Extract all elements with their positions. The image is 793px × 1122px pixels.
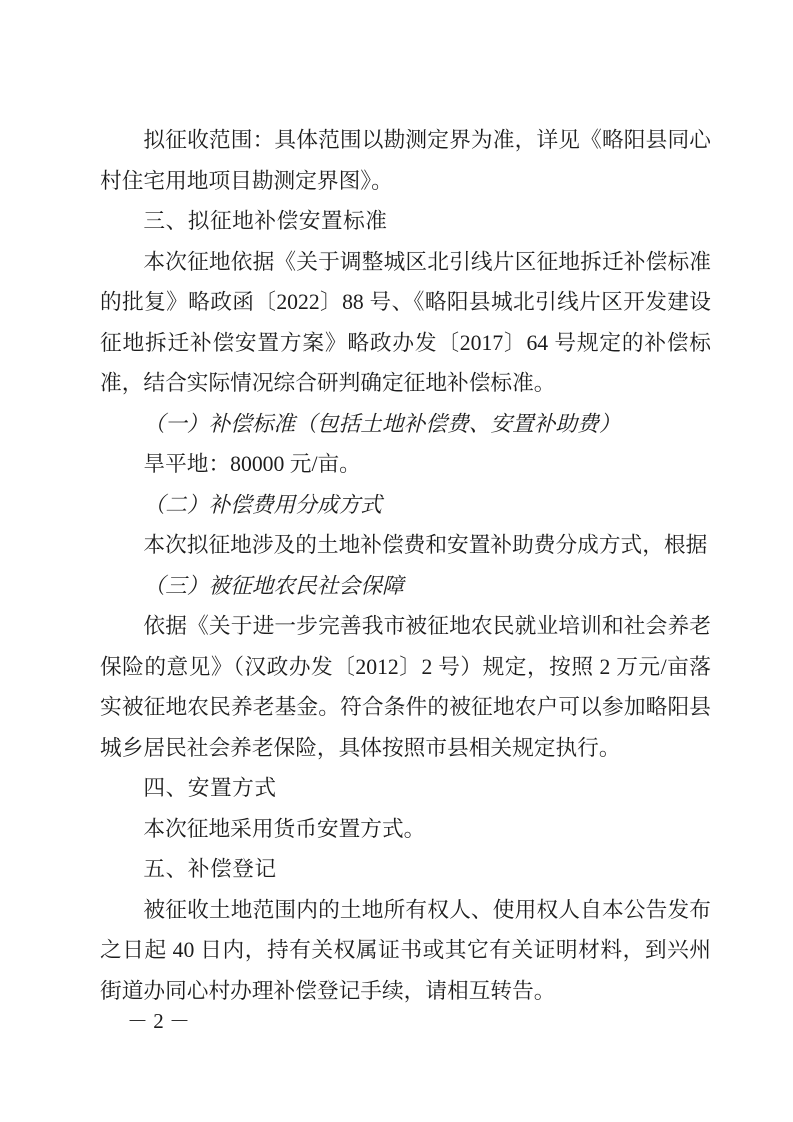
- paragraph-compensation-basis: 本次征地依据《关于调整城区北引线片区征地拆迁补偿标准的批复》略政函〔2022〕8…: [100, 242, 711, 404]
- subheading-social-security: （三）被征地农民社会保障: [100, 566, 711, 607]
- heading-section-5-registration: 五、补偿登记: [100, 849, 711, 890]
- paragraph-fee-split-method: 本次拟征地涉及的土地补偿费和安置补助费分成方式，根据: [100, 525, 711, 566]
- paragraph-social-security: 依据《关于进一步完善我市被征地农民就业培训和社会养老保险的意见》（汉政办发〔20…: [100, 606, 711, 768]
- paragraph-resettlement-method: 本次征地采用货币安置方式。: [100, 809, 711, 850]
- paragraph-dry-land-rate: 旱平地：80000 元/亩。: [100, 444, 711, 485]
- heading-section-3-compensation: 三、拟征地补偿安置标准: [100, 201, 711, 242]
- paragraph-registration-notice: 被征收土地范围内的土地所有权人、使用权人自本公告发布之日起 40 日内，持有关权…: [100, 890, 711, 1012]
- heading-section-4-resettlement: 四、安置方式: [100, 768, 711, 809]
- paragraph-acquisition-scope: 拟征收范围：具体范围以勘测定界为准，详见《略阳县同心村住宅用地项目勘测定界图》。: [100, 120, 711, 201]
- subheading-compensation-standard: （一）补偿标准（包括土地补偿费、安置补助费）: [100, 404, 711, 445]
- page-number: － 2 －: [127, 1006, 190, 1036]
- subheading-fee-split-method: （二）补偿费用分成方式: [100, 485, 711, 526]
- document-body: 拟征收范围：具体范围以勘测定界为准，详见《略阳县同心村住宅用地项目勘测定界图》。…: [100, 120, 711, 1011]
- document-page: 拟征收范围：具体范围以勘测定界为准，详见《略阳县同心村住宅用地项目勘测定界图》。…: [0, 0, 793, 1122]
